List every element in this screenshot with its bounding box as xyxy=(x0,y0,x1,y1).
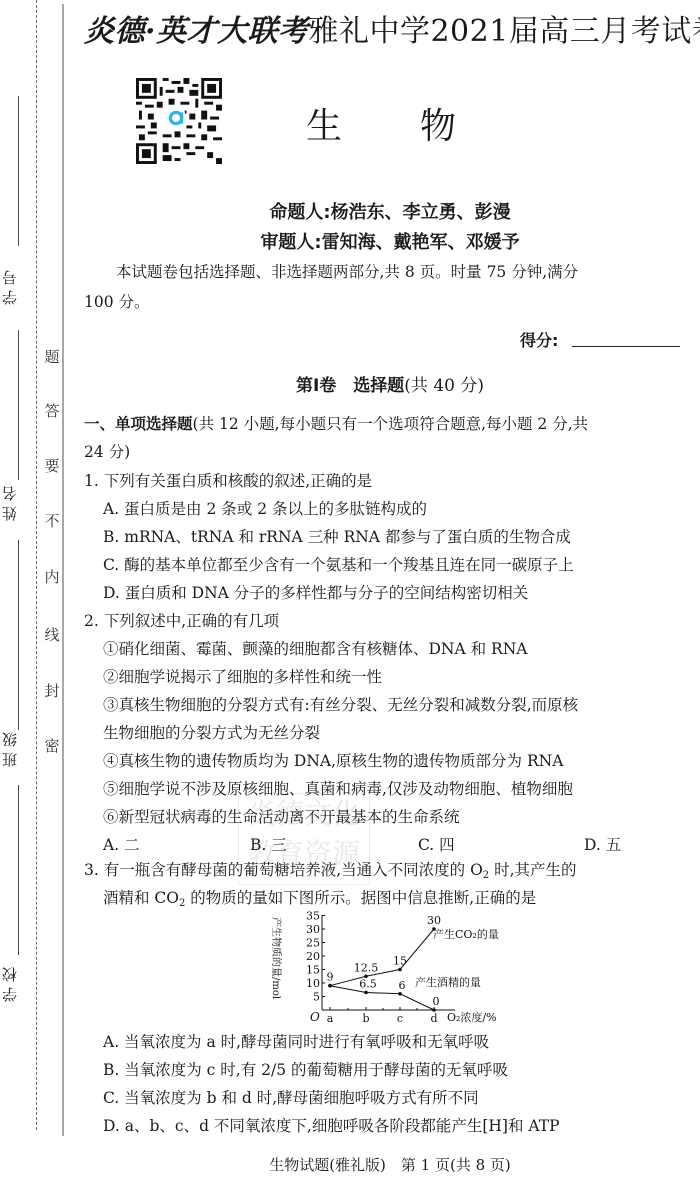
class-line[interactable] xyxy=(18,785,19,955)
option-a[interactable]: A. 二 xyxy=(103,833,140,855)
svg-text:b: b xyxy=(362,1012,369,1025)
seal-char: 不 xyxy=(42,510,62,531)
statement: ②细胞学说揭示了细胞的多样性和统一性 xyxy=(103,665,382,687)
option-a[interactable]: A. 当氧浓度为 a 时,酵母菌同时进行有氧呼吸和无氧呼吸 xyxy=(103,1030,489,1052)
field-label-name: 姓 名 xyxy=(3,474,23,534)
section-title: 第Ⅰ卷 选择题(共 40 分) xyxy=(84,371,696,396)
score-field[interactable] xyxy=(572,346,680,347)
subject-char-1: 生 xyxy=(306,98,342,149)
svg-text:d: d xyxy=(430,1012,437,1025)
score-label: 得分: xyxy=(520,328,558,351)
option-a[interactable]: A. 蛋白质是由 2 条或 2 条以上的多肽链构成的 xyxy=(103,497,427,519)
svg-text:30: 30 xyxy=(427,914,441,927)
svg-text:20: 20 xyxy=(306,950,320,963)
statement: ③真核生物细胞的分裂方式有:有丝分裂、无丝分裂和减数分裂,而原核 xyxy=(103,693,578,715)
subject-char-2: 物 xyxy=(420,98,456,149)
svg-text:5: 5 xyxy=(313,991,320,1004)
svg-text:9: 9 xyxy=(327,971,334,984)
stem-text: 3. 有一瓶含有酵母菌的葡萄糖培养液,当通入不同浓度的 O xyxy=(84,861,483,879)
stem-text: 时,其产生的 xyxy=(489,861,576,879)
field-label-student-id: 学 号 xyxy=(3,258,23,318)
student-id-line[interactable] xyxy=(18,96,19,246)
seal-char: 要 xyxy=(42,455,62,476)
page-footer: 生物试题(雅礼版) 第 1 页(共 8 页) xyxy=(84,1154,696,1175)
statement: ⑥新型冠状病毒的生命活动离不开最基本的生命系统 xyxy=(103,805,460,827)
cut-line-dotted xyxy=(36,0,37,1130)
margin-border xyxy=(62,4,64,1136)
statement: ⑤细胞学说不涉及原核细胞、真菌和病毒,仅涉及动物细胞、植物细胞 xyxy=(103,777,573,799)
question-stem: 2. 下列叙述中,正确的有几项 xyxy=(84,609,279,631)
intro-line-2: 100 分。 xyxy=(84,290,150,312)
svg-text:6.5: 6.5 xyxy=(359,977,377,990)
part-heading-rest: (共 12 小题,每小题只有一个选项符合题意,每小题 2 分,共 xyxy=(193,415,589,433)
option-b[interactable]: B. 三 xyxy=(250,833,287,855)
statement-continued: 生物细胞的分裂方式为无丝分裂 xyxy=(103,721,320,743)
svg-text:15: 15 xyxy=(306,964,320,977)
option-b[interactable]: B. 当氧浓度为 c 时,有 2/5 的葡萄糖用于酵母菌的无氧呼吸 xyxy=(103,1058,508,1080)
stem-text: 酒精和 CO xyxy=(103,889,179,907)
question-stem: 1. 下列有关蛋白质和核酸的叙述,正确的是 xyxy=(84,469,372,491)
svg-text:6: 6 xyxy=(399,979,406,992)
svg-text:30: 30 xyxy=(306,923,320,936)
svg-text:c: c xyxy=(397,1012,403,1025)
option-d[interactable]: D. a、b、c、d 不同氧浓度下,细胞呼吸各阶段都能产生[H]和 ATP xyxy=(103,1114,560,1136)
option-d[interactable]: D. 蛋白质和 DNA 分子的多样性都与分子的空间结构密切相关 xyxy=(103,581,528,603)
field-label-class: 班 级 xyxy=(3,720,23,780)
field-label-school: 学 校 xyxy=(3,955,23,1015)
legend-alcohol: 产生酒精的量 xyxy=(415,975,481,989)
origin-label: O xyxy=(310,1010,320,1024)
seal-char: 封 xyxy=(42,680,62,701)
part-heading: 一、单项选择题(共 12 小题,每小题只有一个选项符合题意,每小题 2 分,共 xyxy=(84,412,588,434)
reviewers: 审题人:雷知海、戴艳军、邓媛予 xyxy=(84,228,696,254)
svg-text:10: 10 xyxy=(306,977,320,990)
svg-text:12.5: 12.5 xyxy=(354,961,379,974)
exam-brand: 炎德·英才大联考 xyxy=(84,14,308,49)
svg-text:15: 15 xyxy=(393,955,407,968)
seal-char: 线 xyxy=(42,624,62,645)
option-b[interactable]: B. mRNA、tRNA 和 rRNA 三种 RNA 都参与了蛋白质的生物合成 xyxy=(103,525,571,547)
part-heading-bold: 一、单项选择题 xyxy=(84,415,193,433)
option-c[interactable]: C. 酶的基本单位都至少含有一个氨基和一个羧基且连在同一碳原子上 xyxy=(103,553,574,575)
statement: ①硝化细菌、霉菌、颤藻的细胞都含有核糖体、DNA 和 RNA xyxy=(103,637,527,659)
line-chart: 产生物质的量/mol 5101520253035 abcd O O₂浓度/% 9… xyxy=(255,905,515,1025)
exam-title: 炎德·英才大联考雅礼中学2021届高三月考试卷(七) xyxy=(84,6,696,50)
section-title-bold: 第Ⅰ卷 选择题 xyxy=(296,376,404,396)
statement: ④真核生物的遗传物质均为 DNA,原核生物的遗传物质部分为 RNA xyxy=(103,749,563,771)
legend-co2: 产生CO₂的量 xyxy=(433,927,499,941)
seal-char: 密 xyxy=(42,735,62,756)
x-axis-label: O₂浓度/% xyxy=(447,1010,497,1024)
svg-text:25: 25 xyxy=(306,937,320,950)
option-c[interactable]: C. 当氧浓度为 b 和 d 时,酵母菌细胞呼吸方式有所不同 xyxy=(103,1086,479,1108)
question-stem: 3. 有一瓶含有酵母菌的葡萄糖培养液,当通入不同浓度的 O2 时,其产生的 xyxy=(84,858,577,881)
seal-char: 内 xyxy=(42,566,62,587)
svg-text:a: a xyxy=(327,1012,334,1025)
seal-char: 答 xyxy=(42,400,62,421)
section-title-points: (共 40 分) xyxy=(404,376,484,396)
y-axis-label: 产生物质的量/mol xyxy=(270,917,283,999)
setters: 命题人:杨浩东、李立勇、彭漫 xyxy=(84,198,696,224)
seal-char: 题 xyxy=(42,346,62,367)
option-d[interactable]: D. 五 xyxy=(584,833,621,855)
exam-title-rest: 雅礼中学2021届高三月考试卷(七) xyxy=(308,14,700,49)
name-line[interactable] xyxy=(18,330,19,480)
qr-code-icon[interactable] xyxy=(135,78,223,164)
svg-text:35: 35 xyxy=(306,910,320,923)
intro-line-1: 本试题卷包括选择题、非选择题两部分,共 8 页。时量 75 分钟,满分 xyxy=(116,260,578,282)
part-heading-line-2: 24 分) xyxy=(84,440,130,462)
svg-text:0: 0 xyxy=(433,995,440,1008)
name-line-lower[interactable] xyxy=(18,540,19,730)
option-c[interactable]: C. 四 xyxy=(418,833,455,855)
